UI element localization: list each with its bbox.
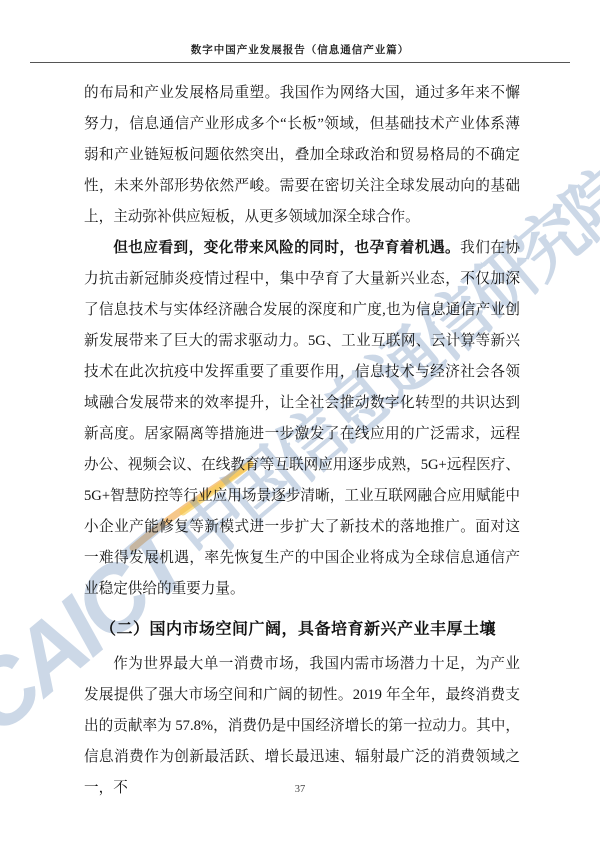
section-heading: （二）国内市场空间广阔，具备培育新兴产业丰厚土壤 (84, 614, 520, 645)
document-page: CAICT 中国信息通信研究院 数字中国产业发展报告（信息通信产业篇） 的布局和… (0, 0, 600, 848)
paragraph-2-bold-lead: 但也应看到，变化带来风险的同时，也孕育着机遇。 (113, 240, 460, 256)
paragraph-3: 作为世界最大单一消费市场，我国内需市场潜力十足，为产业发展提供了强大市场空间和广… (84, 649, 520, 804)
header-divider (30, 62, 570, 63)
paragraph-1: 的布局和产业发展格局重塑。我国作为网络大国，通过多年来不懈努力，信息通信产业形成… (84, 78, 520, 233)
paragraph-2: 但也应看到，变化带来风险的同时，也孕育着机遇。我们在协力抗击新冠肺炎疫情过程中，… (84, 233, 520, 605)
paragraph-2-body: 我们在协力抗击新冠肺炎疫情过程中，集中孕育了大量新兴业态，不仅加深了信息技术与实… (84, 240, 520, 597)
header-title: 数字中国产业发展报告（信息通信产业篇） (0, 42, 600, 57)
page-content: 的布局和产业发展格局重塑。我国作为网络大国，通过多年来不懈努力，信息通信产业形成… (84, 78, 520, 804)
